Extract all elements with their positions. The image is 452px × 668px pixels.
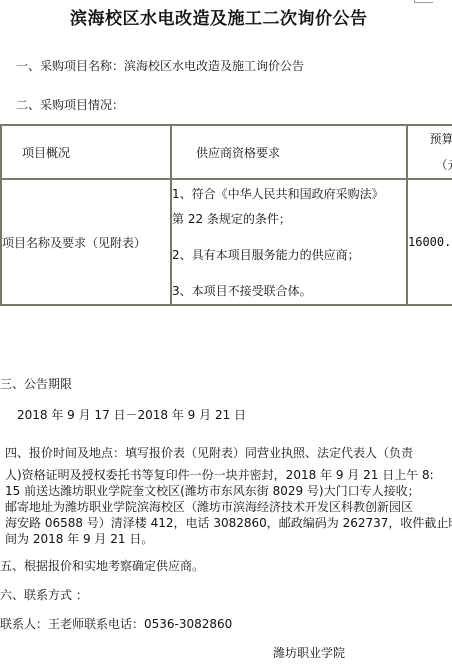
section-2-heading: 二、采购项目情况： [16,96,124,113]
section-3-heading: 三、公告期限 [0,375,72,392]
section-4-line: 人)资格证明及授权委托书等复印件一份一块并密封，2018 年 9 月 21 日上… [5,467,452,483]
document-title: 滨海校区水电改造及施工二次询价公告 [70,4,368,29]
section-1-project-name: 一、采购项目名称：滨海校区水电改造及施工询价公告 [16,57,304,74]
header-overview: 项目概况 [1,125,171,179]
section-5: 五、根据报价和实地考察确定供应商。 [0,557,204,574]
announcement-period: 2018 年 9 月 17 日－2018 年 9 月 21 日 [17,406,246,423]
procurement-table: 项目概况 供应商资格要求 预算金额 （元） 项目名称及要求（见附表） 1、符合《… [0,124,452,306]
section-4-line: 邮寄地址为潍坊职业学院滨海校区（潍坊市滨海经济技术开发区科教创新园区 [5,499,452,515]
signature: 潍坊职业学院 [273,644,345,661]
page-corner-mark [414,0,433,3]
section-4-paragraph: 四、报价时间及地点：填写报价表（见附表）同营业执照、法定代表人（负责 人)资格证… [5,440,452,547]
requirement-line: 1、符合《中华人民共和国政府采购法》 [172,182,406,207]
header-budget-line1: 预算金额 [408,126,452,152]
header-qualification: 供应商资格要求 [171,125,407,179]
header-budget: 预算金额 （元） [407,125,452,179]
cell-budget: 16000.00 [407,179,452,305]
table-row: 项目名称及要求（见附表） 1、符合《中华人民共和国政府采购法》 第 22 条规定… [1,179,452,305]
requirement-line: 2、具有本项目服务能力的供应商； [172,243,406,268]
section-6-heading: 六、联系方式 ： [0,586,88,603]
cell-requirements: 1、符合《中华人民共和国政府采购法》 第 22 条规定的条件； 2、具有本项目服… [171,179,407,305]
section-4-line: 四、报价时间及地点：填写报价表（见附表）同营业执照、法定代表人（负责 [5,440,452,467]
header-budget-line2: （元） [408,152,452,178]
requirement-line: 第 22 条规定的条件； [172,207,406,232]
section-4-line: 15 前送达潍坊职业学院奎文校区(潍坊市东风东街 8029 号)大门口专人接收； [5,483,452,499]
requirement-line: 3、本项目不接受联合体。 [172,279,406,304]
table-header-row: 项目概况 供应商资格要求 预算金额 （元） [1,125,452,179]
section-4-line: 间为 2018 年 9 月 21 日。 [5,531,452,547]
contact-info: 联系人：王老师联系电话：0536-3082860 [0,615,232,632]
cell-overview: 项目名称及要求（见附表） [1,179,171,305]
section-4-line: 海安路 06588 号）清泽楼 412，电话 3082860，邮政编码为 262… [5,515,452,531]
